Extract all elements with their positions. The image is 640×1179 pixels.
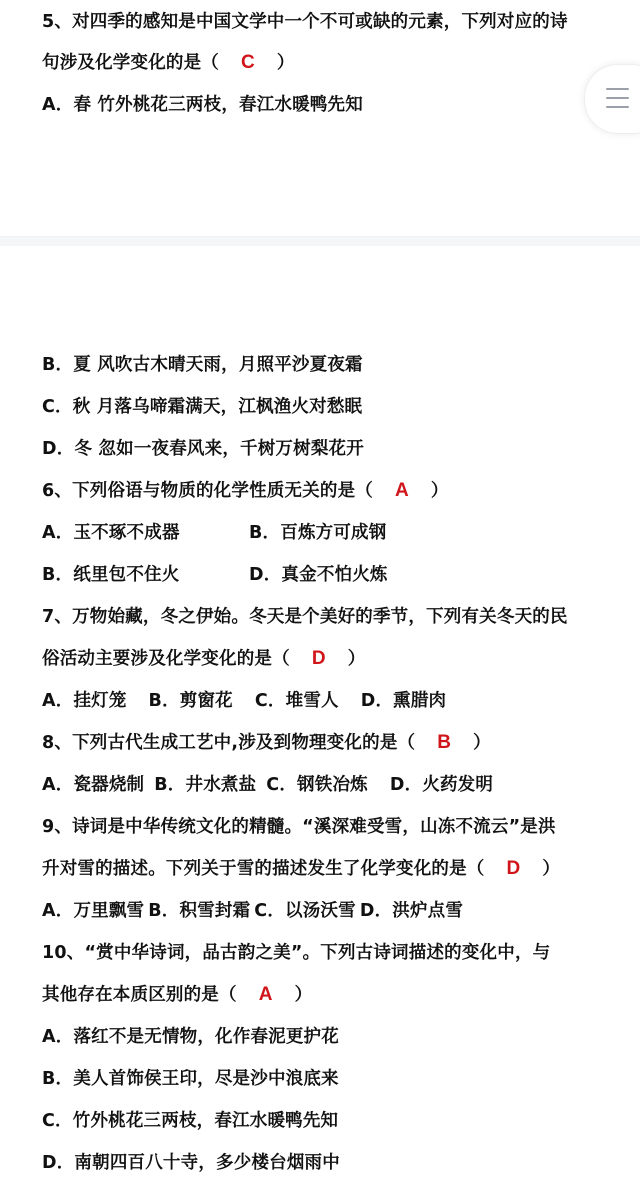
q8-close-paren: ） bbox=[473, 733, 491, 753]
q7-stem-line1: 7、万物始藏，冬之伊始。冬天是个美好的季节，下列有关冬天的民 bbox=[42, 605, 568, 629]
q6-option-b: B．百炼方可成钢 bbox=[249, 521, 386, 545]
q7-stem-line2: 俗活动主要涉及化学变化的是（D） bbox=[42, 647, 365, 671]
q9-close-paren: ） bbox=[542, 859, 560, 879]
q6-option-d: D．真金不怕火炼 bbox=[249, 563, 388, 587]
q8-stem: 8、下列古代生成工艺中,涉及到物理变化的是（B） bbox=[42, 731, 491, 755]
q10-option-b: B．美人首饰侯王印，尽是沙中浪底来 bbox=[42, 1067, 339, 1091]
q9-option-d: D．洪炉点雪 bbox=[360, 899, 463, 923]
q6-stem: 6、下列俗语与物质的化学性质无关的是（A） bbox=[42, 479, 449, 503]
q7-option-c: C．堆雪人 bbox=[255, 689, 339, 713]
q5-option-b: B．夏 风吹古木晴天雨，月照平沙夏夜霜 bbox=[42, 353, 363, 377]
q9-option-c: C．以汤沃雪 bbox=[254, 899, 356, 923]
q5-option-c: C．秋 月落乌啼霜满天，江枫渔火对愁眠 bbox=[42, 395, 362, 419]
q9-answer: D bbox=[507, 857, 521, 881]
q9-options: A．万里飘雪B．积雪封霜C．以汤沃雪D．洪炉点雪 bbox=[42, 899, 463, 923]
q5-stem-text: 句涉及化学变化的是（ bbox=[42, 53, 219, 73]
q5-option-d: D．冬 忽如一夜春风来，千树万树梨花开 bbox=[42, 437, 364, 461]
q9-stem-line2: 升对雪的描述。下列关于雪的描述发生了化学变化的是（D） bbox=[42, 857, 560, 881]
q5-stem-line1: 5、对四季的感知是中国文学中一个不可或缺的元素，下列对应的诗 bbox=[42, 10, 568, 34]
q10-stem-line2: 其他存在本质区别的是（A） bbox=[42, 983, 312, 1007]
q8-options: A．瓷器烧制B．井水煮盐C．钢铁冶炼D．火药发明 bbox=[42, 773, 493, 797]
q10-close-paren: ） bbox=[295, 985, 313, 1005]
q7-close-paren: ） bbox=[348, 649, 366, 669]
page-divider bbox=[0, 236, 640, 246]
q10-stem-text: 其他存在本质区别的是（ bbox=[42, 985, 237, 1005]
q7-option-d: D．熏腊肉 bbox=[361, 689, 447, 713]
q7-option-b: B．剪窗花 bbox=[149, 689, 233, 713]
q5-option-a: A．春 竹外桃花三两枝，春江水暖鸭先知 bbox=[42, 93, 363, 117]
floating-menu-button[interactable] bbox=[584, 64, 640, 134]
q6-option-c: B．纸里包不住火 bbox=[42, 563, 249, 587]
q10-option-d: D．南朝四百八十寺，多少楼台烟雨中 bbox=[42, 1151, 340, 1175]
q9-option-b: B．积雪封霜 bbox=[148, 899, 250, 923]
q6-close-paren: ） bbox=[431, 481, 449, 501]
q7-option-a: A．挂灯笼 bbox=[42, 689, 127, 713]
q6-stem-text: 6、下列俗语与物质的化学性质无关的是（ bbox=[42, 481, 373, 501]
q8-option-c: C．钢铁冶炼 bbox=[266, 773, 368, 797]
q10-answer: A bbox=[259, 983, 273, 1007]
q5-stem-line2: 句涉及化学变化的是（C） bbox=[42, 51, 295, 75]
q8-option-b: B．井水煮盐 bbox=[154, 773, 256, 797]
q7-options: A．挂灯笼B．剪窗花C．堆雪人D．熏腊肉 bbox=[42, 689, 446, 713]
q5-answer: C bbox=[241, 51, 255, 75]
q7-stem-text: 俗活动主要涉及化学变化的是（ bbox=[42, 649, 290, 669]
q8-stem-text: 8、下列古代生成工艺中,涉及到物理变化的是（ bbox=[42, 733, 415, 753]
q5-close-paren: ） bbox=[277, 53, 295, 73]
q8-answer: B bbox=[437, 731, 451, 755]
q9-option-a: A．万里飘雪 bbox=[42, 899, 144, 923]
q10-option-c: C．竹外桃花三两枝，春江水暖鸭先知 bbox=[42, 1109, 338, 1133]
q8-option-d: D．火药发明 bbox=[390, 773, 493, 797]
q10-option-a: A．落红不是无情物，化作春泥更护花 bbox=[42, 1025, 339, 1049]
q6-options-row1: A．玉不琢不成器B．百炼方可成钢 bbox=[42, 521, 386, 545]
q8-option-a: A．瓷器烧制 bbox=[42, 773, 144, 797]
q9-stem-text: 升对雪的描述。下列关于雪的描述发生了化学变化的是（ bbox=[42, 859, 485, 879]
q6-answer: A bbox=[395, 479, 409, 503]
q6-options-row2: B．纸里包不住火D．真金不怕火炼 bbox=[42, 563, 388, 587]
q7-answer: D bbox=[312, 647, 326, 671]
q6-option-a: A．玉不琢不成器 bbox=[42, 521, 249, 545]
q9-stem-line1: 9、诗词是中华传统文化的精髓。“溪深难受雪，山冻不流云”是洪 bbox=[42, 815, 556, 839]
q10-stem-line1: 10、“赏中华诗词，品古韵之美”。下列古诗词描述的变化中，与 bbox=[42, 941, 550, 965]
